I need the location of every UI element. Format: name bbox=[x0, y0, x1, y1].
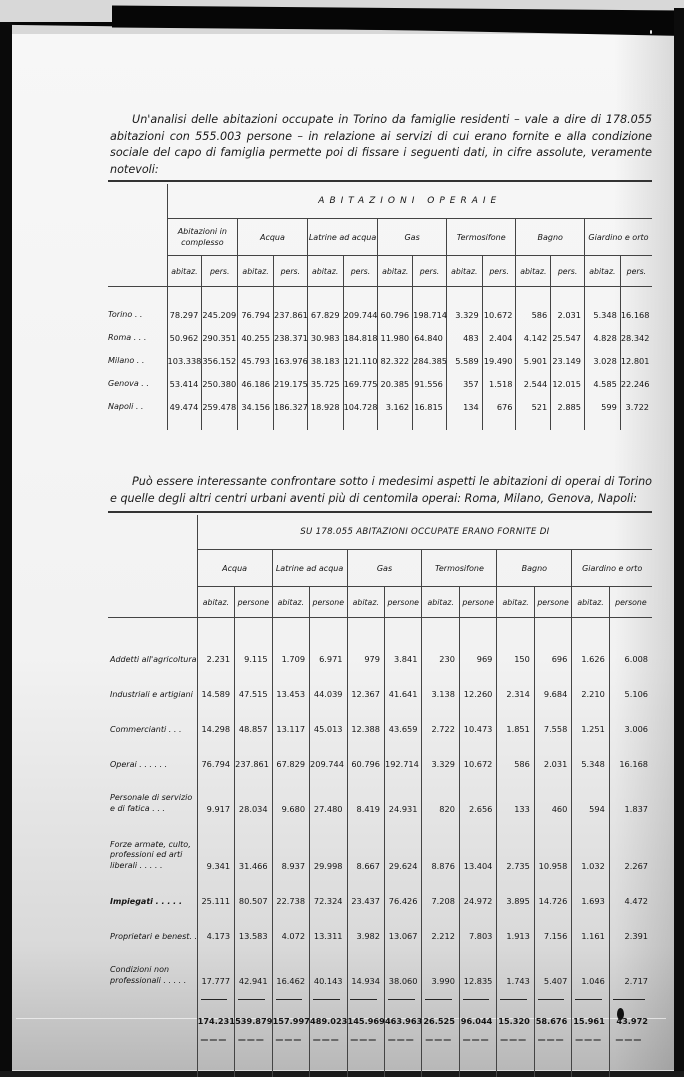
cell: 42.941 bbox=[235, 946, 272, 991]
column-header: pers. bbox=[551, 256, 585, 287]
row-label: Condizioni non professionali . . . . . bbox=[108, 946, 197, 991]
cell: 586 bbox=[497, 739, 534, 774]
cell: 3.841 bbox=[384, 634, 421, 669]
cell: 14.298 bbox=[197, 704, 234, 739]
cell: 16.168 bbox=[609, 739, 652, 774]
cell: 356.152 bbox=[202, 349, 238, 372]
cell: 9.917 bbox=[197, 774, 234, 819]
cell: 41.641 bbox=[384, 669, 421, 704]
row-label: Personale di servizio e di fatica . . . bbox=[108, 774, 197, 819]
cell: 22.738 bbox=[272, 876, 309, 911]
column-header: pers. bbox=[482, 256, 516, 287]
cell: 3.895 bbox=[497, 876, 534, 911]
dash-marker: ——— bbox=[273, 1035, 305, 1044]
cell: 10.672 bbox=[482, 303, 516, 326]
dash-marker: ——— bbox=[460, 1035, 492, 1044]
cell: 16.462 bbox=[272, 946, 309, 991]
cell: 1.161 bbox=[572, 911, 609, 946]
column-group-header: Latrine ad acqua bbox=[272, 550, 347, 587]
cell: 237.861 bbox=[235, 739, 272, 774]
scan-speck bbox=[650, 30, 652, 34]
table-1-title: ABITAZIONI OPERAIE bbox=[167, 184, 652, 219]
cell: 72.324 bbox=[310, 876, 347, 911]
cell: 40.255 bbox=[238, 326, 274, 349]
total-cell: 15.961 bbox=[572, 1007, 609, 1035]
column-group-header: Gas bbox=[378, 219, 447, 256]
cell: 357 bbox=[446, 372, 482, 395]
scan-border-left bbox=[0, 22, 12, 1072]
table-row: Personale di servizio e di fatica . . . … bbox=[108, 774, 652, 819]
cell: 2.031 bbox=[534, 739, 571, 774]
column-header: persone bbox=[534, 587, 571, 618]
cell: 3.722 bbox=[620, 395, 652, 418]
row-label: Proprietari e benest. . bbox=[108, 911, 197, 946]
cell: 3.990 bbox=[422, 946, 459, 991]
cell: 121.110 bbox=[343, 349, 378, 372]
table-2-title: SU 178.055 ABITAZIONI OCCUPATE ERANO FOR… bbox=[197, 515, 652, 550]
cell: 979 bbox=[347, 634, 384, 669]
cell: 1.913 bbox=[497, 911, 534, 946]
cell: 60.796 bbox=[347, 739, 384, 774]
cell: 24.931 bbox=[384, 774, 421, 819]
cell: 3.329 bbox=[446, 303, 482, 326]
total-cell: 43.972 bbox=[609, 1007, 652, 1035]
cell: 969 bbox=[459, 634, 496, 669]
table-row: Operai . . . . . . 76.794 237.861 67.829… bbox=[108, 739, 652, 774]
cell: 104.728 bbox=[343, 395, 378, 418]
comparison-paragraph: Può essere interessante confrontare sott… bbox=[110, 474, 652, 507]
cell: 13.453 bbox=[272, 669, 309, 704]
cell: 186.327 bbox=[274, 395, 308, 418]
column-header: pers. bbox=[274, 256, 308, 287]
cell: 12.801 bbox=[620, 349, 652, 372]
cell: 163.976 bbox=[274, 349, 308, 372]
cell: 1.046 bbox=[572, 946, 609, 991]
cell: 2.404 bbox=[482, 326, 516, 349]
cell: 1.518 bbox=[482, 372, 516, 395]
cell: 5.348 bbox=[584, 303, 620, 326]
cell: 2.231 bbox=[197, 634, 234, 669]
cell: 1.626 bbox=[572, 634, 609, 669]
cell: 46.186 bbox=[238, 372, 274, 395]
cell: 2.031 bbox=[551, 303, 585, 326]
cell: 28.342 bbox=[620, 326, 652, 349]
cell: 230 bbox=[422, 634, 459, 669]
table-row: Torino . . 78.297 245.209 76.794 237.861… bbox=[108, 303, 652, 326]
column-header: abitaz. bbox=[572, 587, 609, 618]
cell: 29.624 bbox=[384, 819, 421, 876]
cell: 3.138 bbox=[422, 669, 459, 704]
dash-marker: ——— bbox=[310, 1035, 342, 1044]
cell: 67.829 bbox=[307, 303, 343, 326]
cell: 4.142 bbox=[516, 326, 551, 349]
cell: 45.013 bbox=[310, 704, 347, 739]
cell: 250.380 bbox=[202, 372, 238, 395]
cell: 20.385 bbox=[378, 372, 413, 395]
cell: 2.544 bbox=[516, 372, 551, 395]
cell: 4.828 bbox=[584, 326, 620, 349]
column-header: abitaz. bbox=[238, 256, 274, 287]
column-group-header: Bagno bbox=[516, 219, 585, 256]
cell: 3.028 bbox=[584, 349, 620, 372]
cell: 2.885 bbox=[551, 395, 585, 418]
column-header: abitaz. bbox=[584, 256, 620, 287]
dash-marker: ——— bbox=[422, 1035, 454, 1044]
cell: 12.260 bbox=[459, 669, 496, 704]
table-row: Roma . . . 50.962 290.351 40.255 238.371… bbox=[108, 326, 652, 349]
column-header: abitaz. bbox=[167, 256, 202, 287]
cell: 7.208 bbox=[422, 876, 459, 911]
cell: 48.857 bbox=[235, 704, 272, 739]
cell: 53.414 bbox=[167, 372, 202, 395]
column-header: abitaz. bbox=[446, 256, 482, 287]
cell: 16.168 bbox=[620, 303, 652, 326]
table-row: Condizioni non professionali . . . . . 1… bbox=[108, 946, 652, 991]
cell: 2.722 bbox=[422, 704, 459, 739]
cell: 8.876 bbox=[422, 819, 459, 876]
cell: 13.067 bbox=[384, 911, 421, 946]
column-header: pers. bbox=[343, 256, 378, 287]
cell: 14.726 bbox=[534, 876, 571, 911]
column-group-header: Latrine ad acqua bbox=[307, 219, 378, 256]
row-label: Impiegati . . . . . bbox=[108, 876, 197, 911]
cell: 14.589 bbox=[197, 669, 234, 704]
cell: 483 bbox=[446, 326, 482, 349]
cell: 12.367 bbox=[347, 669, 384, 704]
table-row: Forze armate, culto, professioni ed arti… bbox=[108, 819, 652, 876]
cell: 14.934 bbox=[347, 946, 384, 991]
cell: 76.794 bbox=[197, 739, 234, 774]
dash-marker: ——— bbox=[572, 1035, 604, 1044]
cell: 676 bbox=[482, 395, 516, 418]
cell: 103.338 bbox=[167, 349, 202, 372]
cell: 30.983 bbox=[307, 326, 343, 349]
cell: 5.106 bbox=[609, 669, 652, 704]
cell: 38.183 bbox=[307, 349, 343, 372]
intro-paragraph: Un'analisi delle abitazioni occupate in … bbox=[110, 112, 652, 178]
total-cell: 157.997 bbox=[272, 1007, 309, 1035]
cell: 1.709 bbox=[272, 634, 309, 669]
cell: 76.426 bbox=[384, 876, 421, 911]
cell: 696 bbox=[534, 634, 571, 669]
column-header: abitaz. bbox=[422, 587, 459, 618]
cell: 1.693 bbox=[572, 876, 609, 911]
cell: 521 bbox=[516, 395, 551, 418]
column-group-header: Acqua bbox=[238, 219, 308, 256]
cell: 5.348 bbox=[572, 739, 609, 774]
dash-marker: ——— bbox=[385, 1035, 417, 1044]
cell: 25.111 bbox=[197, 876, 234, 911]
cell: 38.060 bbox=[384, 946, 421, 991]
cell: 134 bbox=[446, 395, 482, 418]
row-label: Industriali e artigiani bbox=[108, 669, 197, 704]
column-header: abitaz. bbox=[197, 587, 234, 618]
cell: 50.962 bbox=[167, 326, 202, 349]
cell: 13.583 bbox=[235, 911, 272, 946]
cell: 47.515 bbox=[235, 669, 272, 704]
cell: 34.156 bbox=[238, 395, 274, 418]
column-group-header: Termosifone bbox=[422, 550, 497, 587]
cell: 245.209 bbox=[202, 303, 238, 326]
cell: 19.490 bbox=[482, 349, 516, 372]
column-header: persone bbox=[235, 587, 272, 618]
cell: 2.212 bbox=[422, 911, 459, 946]
cell: 45.793 bbox=[238, 349, 274, 372]
cell: 3.329 bbox=[422, 739, 459, 774]
cell: 78.297 bbox=[167, 303, 202, 326]
totals-row: 174.231 539.879 157.997 489.023 145.969 … bbox=[108, 1007, 652, 1035]
table-row: Impiegati . . . . . 25.111 80.507 22.738… bbox=[108, 876, 652, 911]
column-header: abitaz. bbox=[378, 256, 413, 287]
cell: 7.558 bbox=[534, 704, 571, 739]
total-cell: 145.969 bbox=[347, 1007, 384, 1035]
cell: 28.034 bbox=[235, 774, 272, 819]
cell: 599 bbox=[584, 395, 620, 418]
cell: 209.744 bbox=[310, 739, 347, 774]
column-header: persone bbox=[609, 587, 652, 618]
column-header: abitaz. bbox=[497, 587, 534, 618]
cell: 7.156 bbox=[534, 911, 571, 946]
cell: 18.928 bbox=[307, 395, 343, 418]
cell: 91.556 bbox=[413, 372, 447, 395]
cell: 2.656 bbox=[459, 774, 496, 819]
cell: 2.210 bbox=[572, 669, 609, 704]
row-label: Forze armate, culto, professioni ed arti… bbox=[108, 819, 197, 876]
column-header: abitaz. bbox=[307, 256, 343, 287]
cell: 1.837 bbox=[609, 774, 652, 819]
total-cell: 26.525 bbox=[422, 1007, 459, 1035]
cell: 10.473 bbox=[459, 704, 496, 739]
cell: 2.314 bbox=[497, 669, 534, 704]
cell: 12.388 bbox=[347, 704, 384, 739]
row-label: Milano . . bbox=[108, 349, 167, 372]
table-row: Commercianti . . . 14.298 48.857 13.117 … bbox=[108, 704, 652, 739]
cell: 11.980 bbox=[378, 326, 413, 349]
cell: 13.117 bbox=[272, 704, 309, 739]
cell: 4.072 bbox=[272, 911, 309, 946]
cell: 3.162 bbox=[378, 395, 413, 418]
table-servizi-per-condizione: SU 178.055 ABITAZIONI OCCUPATE ERANO FOR… bbox=[108, 511, 652, 1077]
column-header: abitaz. bbox=[347, 587, 384, 618]
column-group-header: Giardino e orto bbox=[584, 219, 652, 256]
cell: 238.371 bbox=[274, 326, 308, 349]
row-label: Addetti all'agricoltura bbox=[108, 634, 197, 669]
cell: 460 bbox=[534, 774, 571, 819]
dash-marker: ——— bbox=[198, 1035, 230, 1044]
cell: 9.341 bbox=[197, 819, 234, 876]
table-row: Genova . . 53.414 250.380 46.186 219.175… bbox=[108, 372, 652, 395]
column-group-header: Gas bbox=[347, 550, 422, 587]
dash-marker: ——— bbox=[535, 1035, 567, 1044]
cell: 8.419 bbox=[347, 774, 384, 819]
column-group-header: Bagno bbox=[497, 550, 572, 587]
total-cell: 58.676 bbox=[534, 1007, 571, 1035]
cell: 25.547 bbox=[551, 326, 585, 349]
cell: 49.474 bbox=[167, 395, 202, 418]
cell: 10.672 bbox=[459, 739, 496, 774]
cell: 10.958 bbox=[534, 819, 571, 876]
cell: 290.351 bbox=[202, 326, 238, 349]
column-header: persone bbox=[384, 587, 421, 618]
cell: 22.246 bbox=[620, 372, 652, 395]
cell: 150 bbox=[497, 634, 534, 669]
total-cell: 489.023 bbox=[310, 1007, 347, 1035]
dash-marker: ——— bbox=[497, 1035, 529, 1044]
column-header: persone bbox=[459, 587, 496, 618]
column-header: persone bbox=[310, 587, 347, 618]
cell: 6.971 bbox=[310, 634, 347, 669]
cell: 60.796 bbox=[378, 303, 413, 326]
cell: 219.175 bbox=[274, 372, 308, 395]
cell: 27.480 bbox=[310, 774, 347, 819]
cell: 64.840 bbox=[413, 326, 447, 349]
total-cell: 463.963 bbox=[384, 1007, 421, 1035]
cell: 1.851 bbox=[497, 704, 534, 739]
cell: 169.775 bbox=[343, 372, 378, 395]
cell: 192.714 bbox=[384, 739, 421, 774]
cell: 820 bbox=[422, 774, 459, 819]
dash-marker: ——— bbox=[235, 1035, 267, 1044]
cell: 17.777 bbox=[197, 946, 234, 991]
cell: 2.391 bbox=[609, 911, 652, 946]
cell: 4.472 bbox=[609, 876, 652, 911]
cell: 76.794 bbox=[238, 303, 274, 326]
cell: 2.735 bbox=[497, 819, 534, 876]
row-label: Commercianti . . . bbox=[108, 704, 197, 739]
column-header: abitaz. bbox=[272, 587, 309, 618]
cell: 5.901 bbox=[516, 349, 551, 372]
column-group-header: Giardino e orto bbox=[572, 550, 652, 587]
row-label: Genova . . bbox=[108, 372, 167, 395]
cell: 1.032 bbox=[572, 819, 609, 876]
cell: 31.466 bbox=[235, 819, 272, 876]
cell: 9.115 bbox=[235, 634, 272, 669]
cell: 5.589 bbox=[446, 349, 482, 372]
cell: 24.972 bbox=[459, 876, 496, 911]
cell: 133 bbox=[497, 774, 534, 819]
row-label: Torino . . bbox=[108, 303, 167, 326]
total-cell: 96.044 bbox=[459, 1007, 496, 1035]
cell: 8.937 bbox=[272, 819, 309, 876]
cell: 184.818 bbox=[343, 326, 378, 349]
cell: 284.385 bbox=[413, 349, 447, 372]
cell: 4.585 bbox=[584, 372, 620, 395]
cell: 5.407 bbox=[534, 946, 571, 991]
total-cell: 15.320 bbox=[497, 1007, 534, 1035]
cell: 16.815 bbox=[413, 395, 447, 418]
cell: 67.829 bbox=[272, 739, 309, 774]
cell: 586 bbox=[516, 303, 551, 326]
column-header: abitaz. bbox=[516, 256, 551, 287]
row-label: Operai . . . . . . bbox=[108, 739, 197, 774]
cell: 9.680 bbox=[272, 774, 309, 819]
table-row: Milano . . 103.338 356.152 45.793 163.97… bbox=[108, 349, 652, 372]
cell: 8.667 bbox=[347, 819, 384, 876]
cell: 82.322 bbox=[378, 349, 413, 372]
cell: 13.404 bbox=[459, 819, 496, 876]
cell: 44.039 bbox=[310, 669, 347, 704]
cell: 23.437 bbox=[347, 876, 384, 911]
cell: 3.006 bbox=[609, 704, 652, 739]
cell: 259.478 bbox=[202, 395, 238, 418]
scan-border-right bbox=[674, 8, 684, 1073]
table-abitazioni-operaie: ABITAZIONI OPERAIE Abitazioni in comples… bbox=[108, 180, 652, 430]
cell: 13.311 bbox=[310, 911, 347, 946]
cell: 7.803 bbox=[459, 911, 496, 946]
cell: 237.861 bbox=[274, 303, 308, 326]
dash-marker: ——— bbox=[610, 1035, 648, 1044]
cell: 198.714 bbox=[413, 303, 447, 326]
column-header: pers. bbox=[202, 256, 238, 287]
table-row: Addetti all'agricoltura 2.231 9.115 1.70… bbox=[108, 634, 652, 669]
cell: 43.659 bbox=[384, 704, 421, 739]
cell: 12.015 bbox=[551, 372, 585, 395]
table-row: Industriali e artigiani 14.589 47.515 13… bbox=[108, 669, 652, 704]
column-group-header: Termosifone bbox=[446, 219, 516, 256]
cell: 4.173 bbox=[197, 911, 234, 946]
row-label: Napoli . . bbox=[108, 395, 167, 418]
table-row: Napoli . . 49.474 259.478 34.156 186.327… bbox=[108, 395, 652, 418]
total-cell: 174.231 bbox=[197, 1007, 234, 1035]
total-cell: 539.879 bbox=[235, 1007, 272, 1035]
column-header: pers. bbox=[413, 256, 447, 287]
column-group-header: Acqua bbox=[197, 550, 272, 587]
table-row: Proprietari e benest. . 4.173 13.583 4.0… bbox=[108, 911, 652, 946]
cell: 1.251 bbox=[572, 704, 609, 739]
cell: 35.725 bbox=[307, 372, 343, 395]
dash-marker: ——— bbox=[348, 1035, 380, 1044]
cell: 29.998 bbox=[310, 819, 347, 876]
column-group-header: Abitazioni in complesso bbox=[167, 219, 238, 256]
row-label: Roma . . . bbox=[108, 326, 167, 349]
cell: 3.982 bbox=[347, 911, 384, 946]
cell: 23.149 bbox=[551, 349, 585, 372]
cell: 594 bbox=[572, 774, 609, 819]
cell: 2.267 bbox=[609, 819, 652, 876]
cell: 2.717 bbox=[609, 946, 652, 991]
cell: 80.507 bbox=[235, 876, 272, 911]
column-header: pers. bbox=[620, 256, 652, 287]
cell: 209.744 bbox=[343, 303, 378, 326]
cell: 9.684 bbox=[534, 669, 571, 704]
cell: 40.143 bbox=[310, 946, 347, 991]
cell: 6.008 bbox=[609, 634, 652, 669]
cell: 12.835 bbox=[459, 946, 496, 991]
cell: 1.743 bbox=[497, 946, 534, 991]
